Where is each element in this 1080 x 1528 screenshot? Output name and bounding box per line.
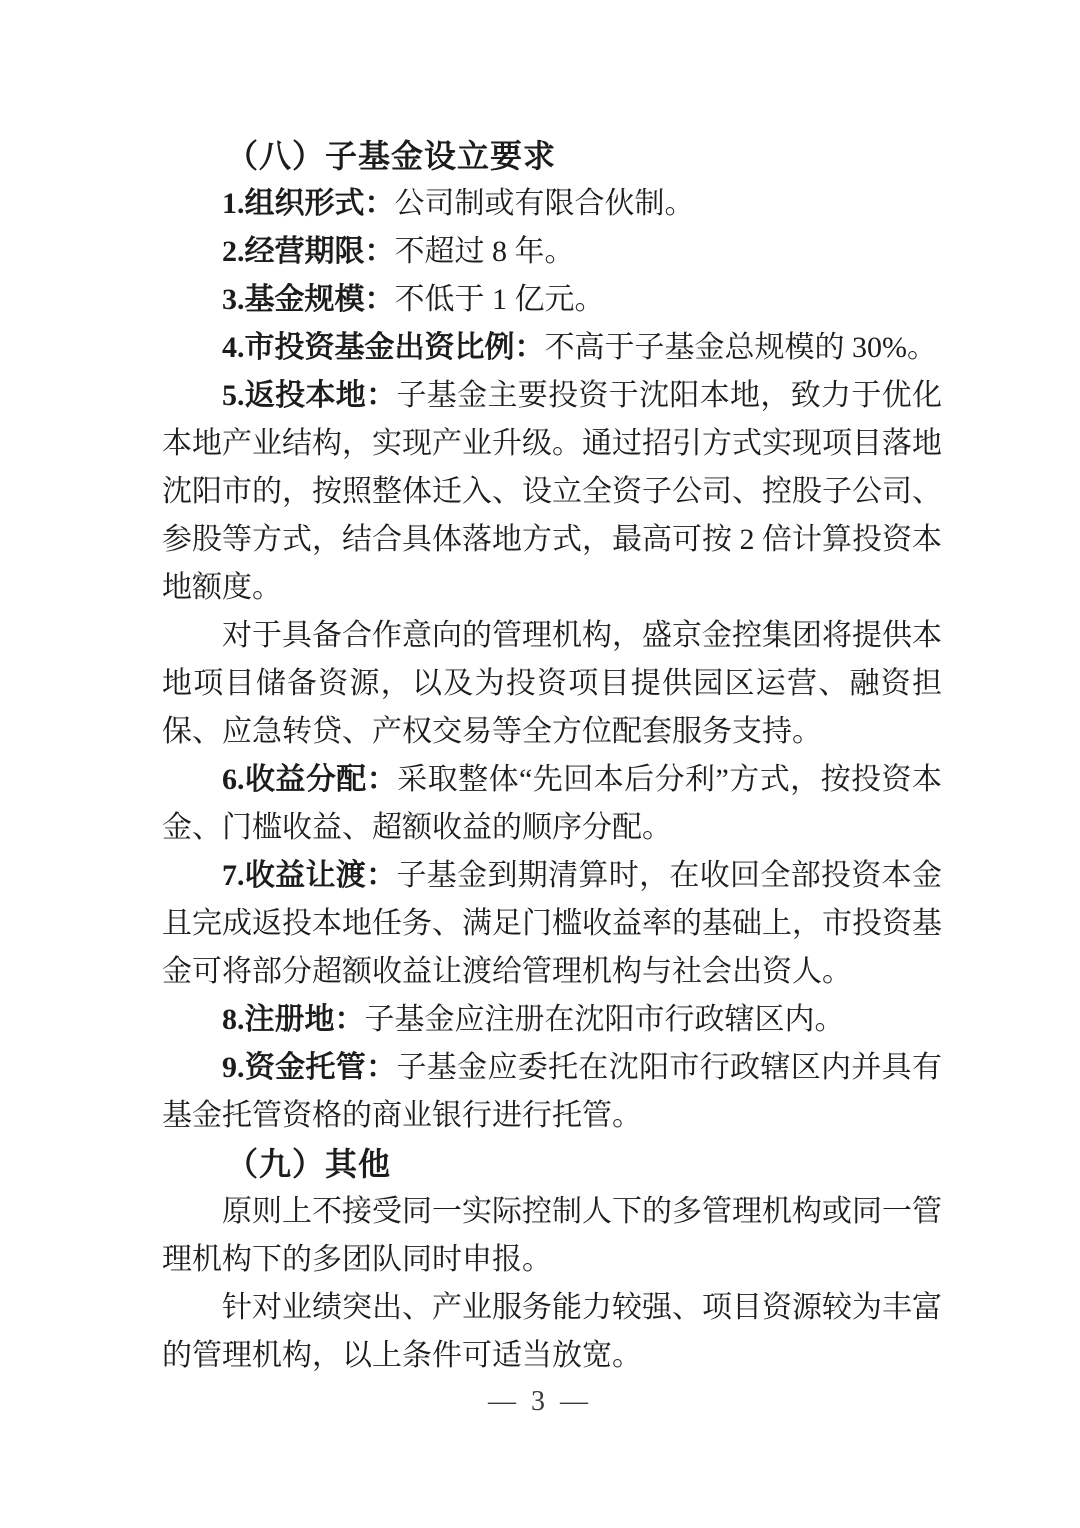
document-body: （八）子基金设立要求1.组织形式：公司制或有限合伙制。2.经营期限：不超过 8 … (162, 132, 942, 1380)
item-label: 9.资金托管： (222, 1051, 396, 1084)
paragraph-text: 针对业绩突出、产业服务能力较强、项目资源较为丰富的管理机构，以上条件可适当放宽。 (162, 1291, 942, 1372)
paragraph: 7.收益让渡：子基金到期清算时，在收回全部投资本金且完成返投本地任务、满足门槛收… (162, 852, 942, 996)
paragraph-text: （八）子基金设立要求 (226, 138, 556, 174)
paragraph: 6.收益分配：采取整体“先回本后分利”方式，按投资本金、门槛收益、超额收益的顺序… (162, 756, 942, 852)
item-label: 3.基金规模： (222, 283, 395, 316)
paragraph-text: 不超过 8 年。 (395, 235, 575, 268)
item-label: 8.注册地： (222, 1003, 365, 1036)
paragraph: 4.市投资基金出资比例：不高于子基金总规模的 30%。 (162, 324, 942, 372)
paragraph-text: 不低于 1 亿元。 (395, 283, 605, 316)
item-label: 2.经营期限： (222, 235, 395, 268)
page-number: — 3 — (0, 1386, 1080, 1418)
item-label: 5.返投本地： (222, 379, 396, 412)
paragraph: 对于具备合作意向的管理机构，盛京金控集团将提供本地项目储备资源，以及为投资项目提… (162, 612, 942, 756)
paragraph-text: 子基金主要投资于沈阳本地，致力于优化本地产业结构，实现产业升级。通过招引方式实现… (162, 379, 942, 604)
paragraph-text: 不高于子基金总规模的 30%。 (545, 331, 938, 364)
item-label: 1.组织形式： (222, 187, 395, 220)
paragraph-text: 原则上不接受同一实际控制人下的多管理机构或同一管理机构下的多团队同时申报。 (162, 1195, 942, 1276)
paragraph: 2.经营期限：不超过 8 年。 (162, 228, 942, 276)
section-heading: （九）其他 (162, 1140, 942, 1188)
paragraph-text: 对于具备合作意向的管理机构，盛京金控集团将提供本地项目储备资源，以及为投资项目提… (162, 619, 942, 748)
paragraph-text: 公司制或有限合伙制。 (395, 187, 695, 220)
item-label: 7.收益让渡： (222, 859, 396, 892)
item-label: 4.市投资基金出资比例： (222, 331, 545, 364)
paragraph: 5.返投本地：子基金主要投资于沈阳本地，致力于优化本地产业结构，实现产业升级。通… (162, 372, 942, 612)
paragraph: 1.组织形式：公司制或有限合伙制。 (162, 180, 942, 228)
paragraph-text: （九）其他 (226, 1146, 391, 1182)
paragraph: 9.资金托管：子基金应委托在沈阳市行政辖区内并具有基金托管资格的商业银行进行托管… (162, 1044, 942, 1140)
paragraph: 针对业绩突出、产业服务能力较强、项目资源较为丰富的管理机构，以上条件可适当放宽。 (162, 1284, 942, 1380)
paragraph: 3.基金规模：不低于 1 亿元。 (162, 276, 942, 324)
section-heading: （八）子基金设立要求 (162, 132, 942, 180)
paragraph: 8.注册地：子基金应注册在沈阳市行政辖区内。 (162, 996, 942, 1044)
paragraph-text: 子基金应注册在沈阳市行政辖区内。 (365, 1003, 845, 1036)
document-page: （八）子基金设立要求1.组织形式：公司制或有限合伙制。2.经营期限：不超过 8 … (0, 0, 1080, 1528)
paragraph: 原则上不接受同一实际控制人下的多管理机构或同一管理机构下的多团队同时申报。 (162, 1188, 942, 1284)
item-label: 6.收益分配： (222, 763, 397, 796)
